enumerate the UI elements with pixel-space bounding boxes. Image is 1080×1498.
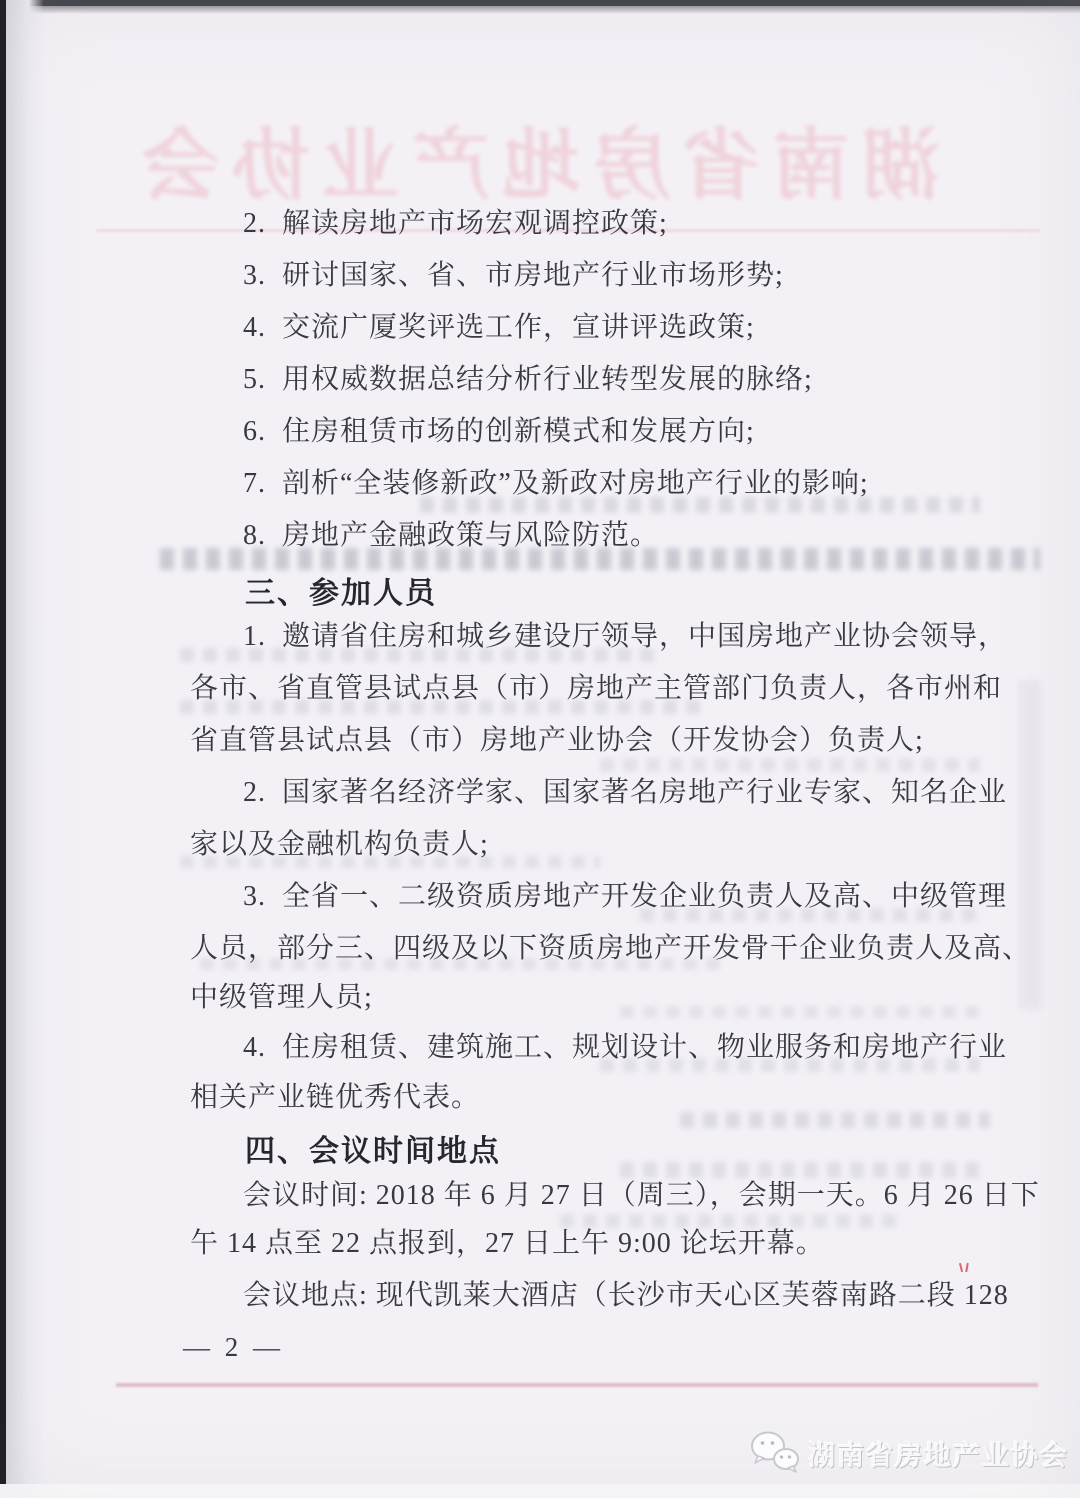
bleedthrough-smudge (680, 1112, 990, 1128)
page-number: — 2 — (183, 1332, 284, 1363)
agenda-line: 2. 解读房地产市场宏观调控政策; (243, 207, 668, 241)
bleedthrough-smudge (560, 1214, 900, 1228)
participants-line: 中级管理人员; (190, 981, 373, 1015)
ghost-letterhead-text: 湖南省房地产业协会 (140, 118, 940, 214)
section-heading-venue: 四、会议时间地点 (245, 1126, 501, 1170)
scan-page-left-margin-shadow (6, 0, 44, 1498)
bleedthrough-smudge (620, 1162, 980, 1178)
ghost-footer-rule (116, 1383, 1038, 1387)
agenda-line: 5. 用权威数据总结分析行业转型发展的脉络; (243, 363, 813, 397)
participants-line: 省直管县试点县（市）房地产业协会（开发协会）负责人; (190, 724, 924, 758)
association-watermark: 湖南省房地产业协会 (748, 1424, 1058, 1482)
participants-line: 人员，部分三、四级及以下资质房地产开发骨干企业负责人及高、 (190, 932, 1031, 966)
agenda-line: 3. 研讨国家、省、市房地产行业市场形势; (243, 259, 784, 293)
participants-line: 相关产业链优秀代表。 (190, 1081, 480, 1115)
venue-line: 会议时间: 2018 年 6 月 27 日（周三），会期一天。6 月 26 日下 (243, 1179, 1040, 1213)
participants-line: 家以及金融机构负责人; (190, 828, 489, 862)
agenda-line: 7. 剖析“全装修新政”及新政对房地产行业的影响; (243, 467, 869, 501)
bleedthrough-smudge (620, 1006, 980, 1018)
red-annotation-mark (957, 1262, 971, 1274)
participants-line: 1. 邀请省住房和城乡建设厅领导，中国房地产业协会领导， (243, 620, 1007, 654)
bleedthrough-smudge (600, 758, 980, 772)
participants-line: 各市、省直管县试点县（市）房地产主管部门负责人，各市州和 (190, 672, 1002, 706)
watermark-text: 湖南省房地产业协会 (808, 1434, 1069, 1473)
venue-line: 会议地点: 现代凯莱大酒店（长沙市天心区芙蓉南路二段 128 (243, 1279, 1009, 1313)
wechat-icon (748, 1429, 802, 1477)
section-heading-participants: 三、参加人员 (245, 568, 437, 612)
scan-edge-top-shadow (0, 6, 1080, 14)
participants-line: 2. 国家著名经济学家、国家著名房地产行业专家、知名企业 (243, 776, 1007, 810)
scanned-document-page: { "page": { "number_label": "— 2 —", "ba… (0, 0, 1080, 1498)
agenda-line: 4. 交流广厦奖评选工作，宣讲评选政策; (243, 311, 755, 345)
agenda-line: 8. 房地产金融政策与风险防范。 (243, 519, 659, 553)
participants-line: 3. 全省一、二级资质房地产开发企业负责人及高、中级管理 (243, 880, 1007, 914)
venue-line: 午 14 点至 22 点报到，27 日上午 9:00 论坛开幕。 (190, 1227, 825, 1261)
agenda-line: 6. 住房租赁市场的创新模式和发展方向; (243, 415, 755, 449)
participants-line: 4. 住房租赁、建筑施工、规划设计、物业服务和房地产行业 (243, 1031, 1007, 1065)
scan-edge-bottom (0, 1484, 1080, 1498)
